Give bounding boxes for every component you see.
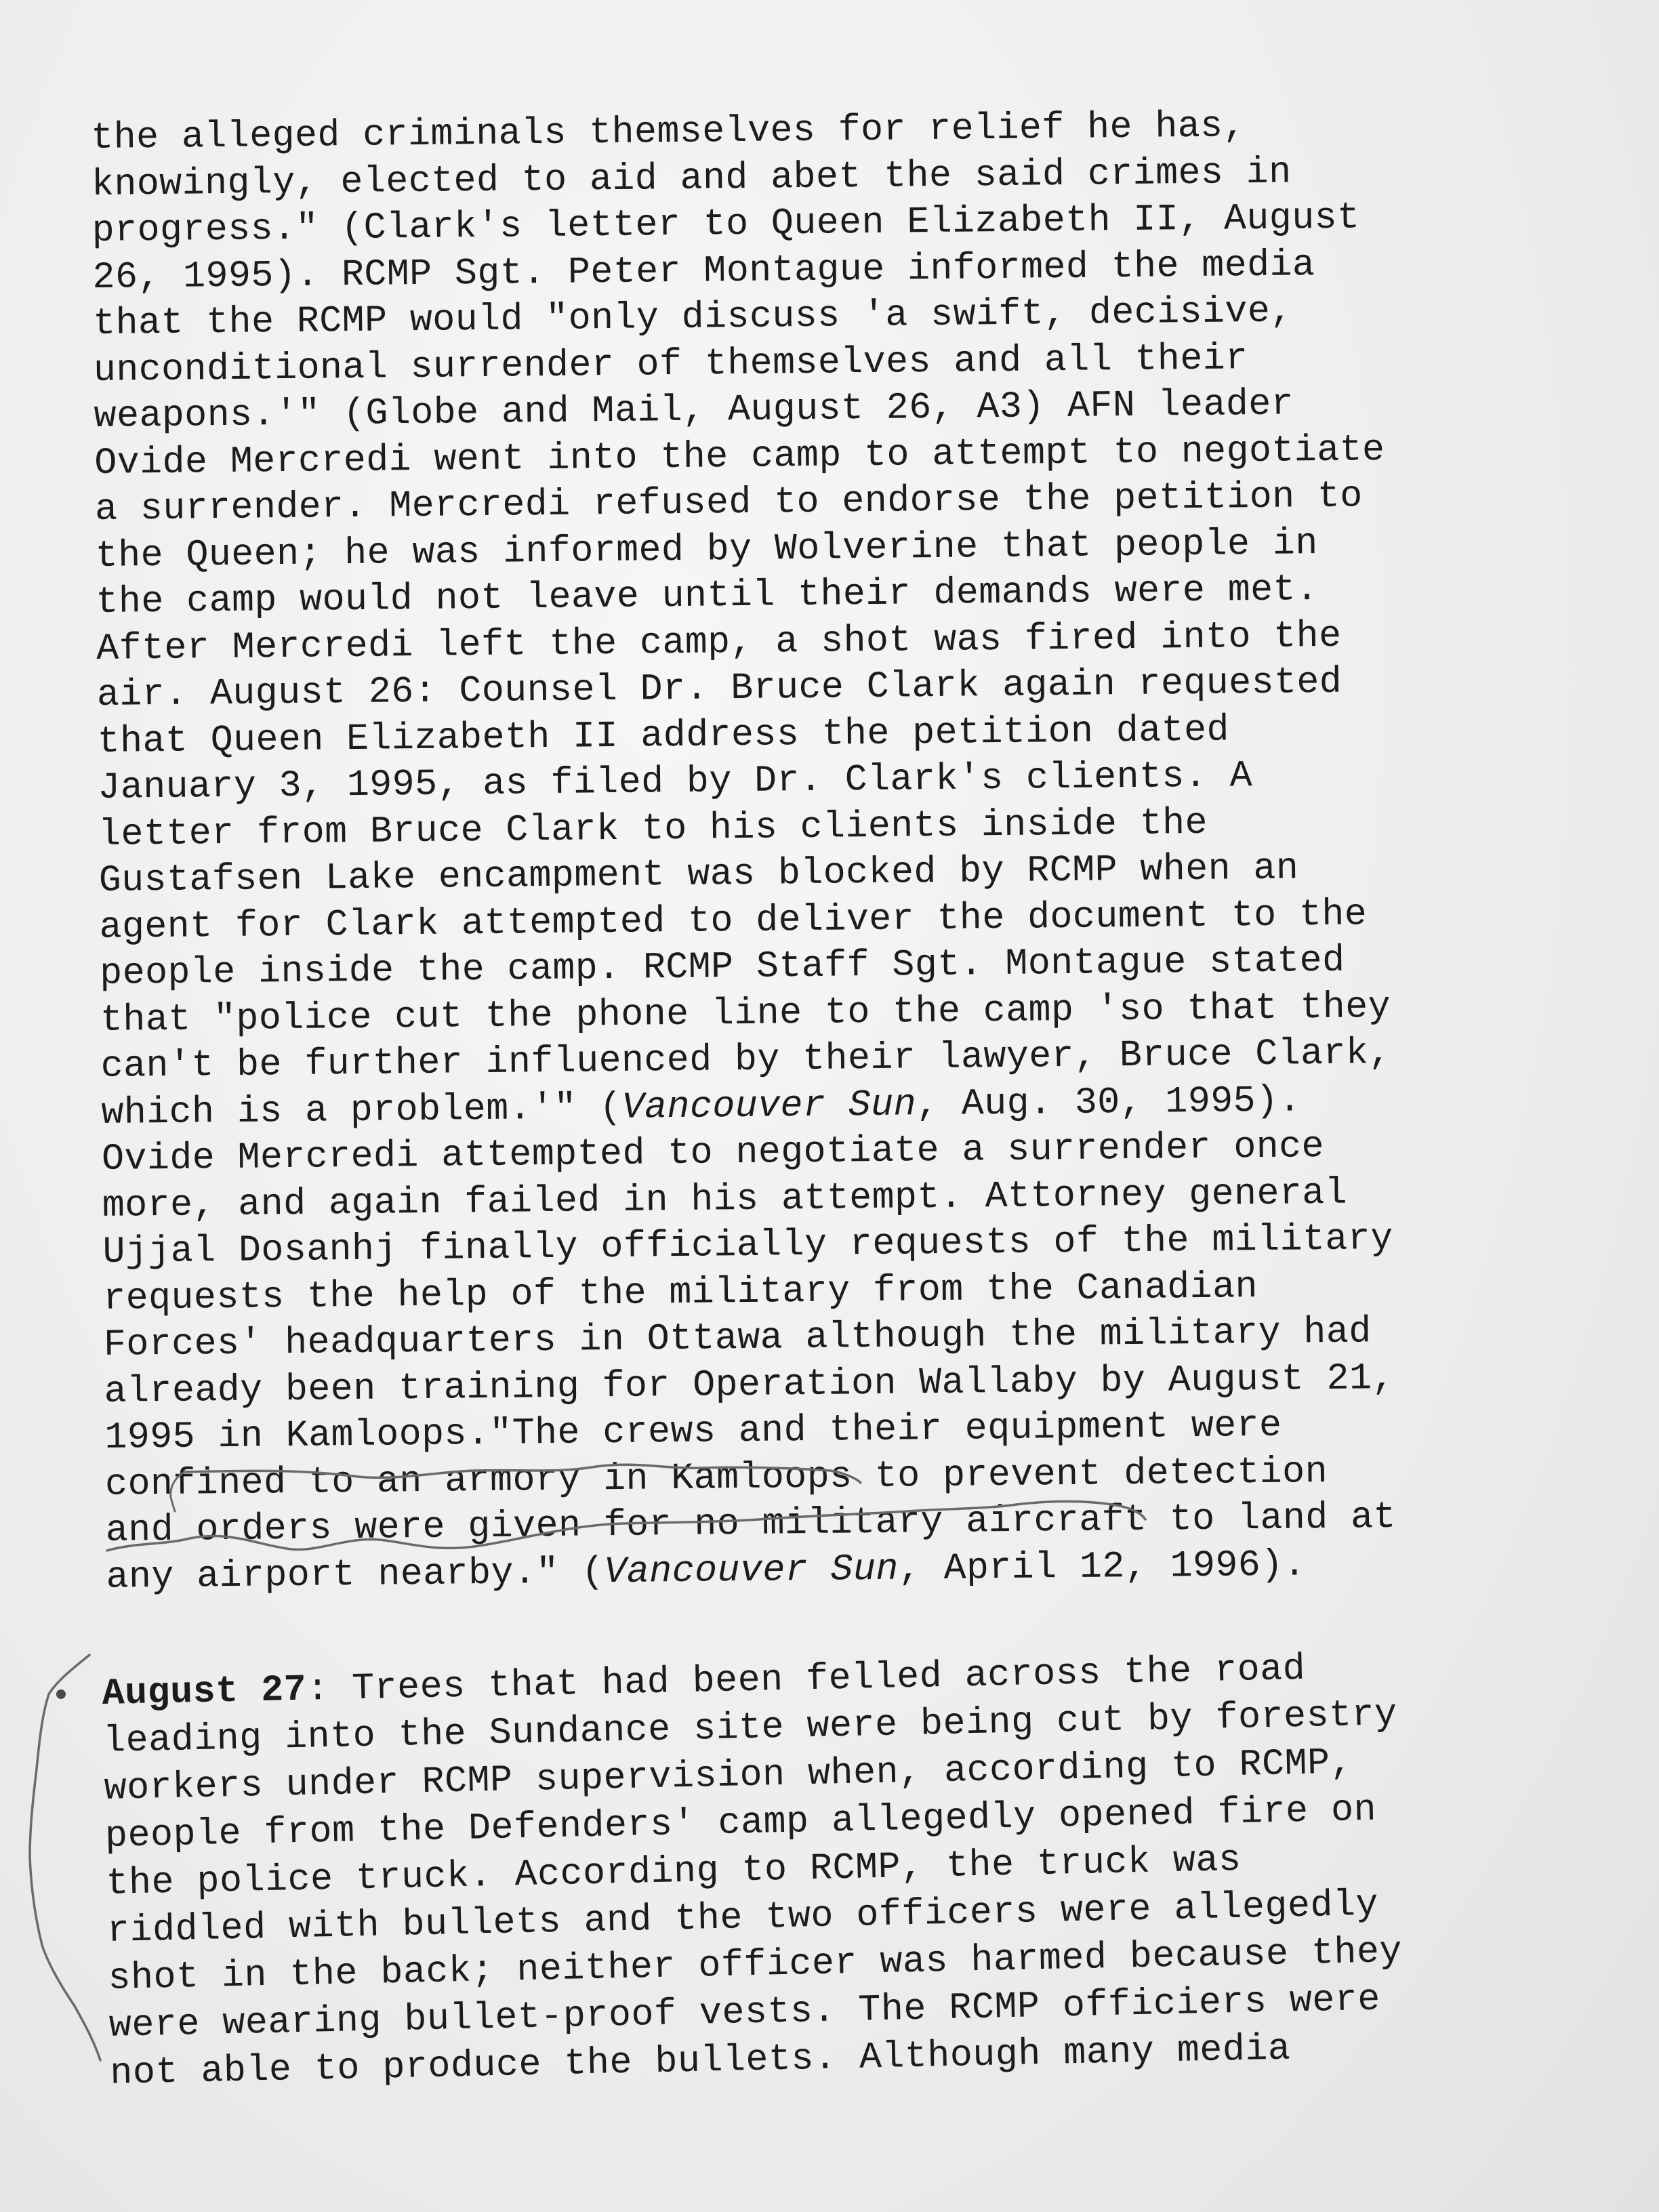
paragraph-august-27: August 27: Trees that had been felled ac…: [102, 1639, 1615, 2097]
text-segment: any airport nearby." (: [106, 1551, 605, 1599]
paragraph-1: the alleged criminals themselves for rel…: [91, 100, 1611, 1601]
italic-text: Vancouver Sun: [604, 1547, 899, 1593]
pencil-dot: [56, 1689, 66, 1699]
bold-text: August 27: [102, 1668, 307, 1715]
text-segment: , Aug. 30, 1995).: [916, 1079, 1302, 1126]
italic-text: Vancouver Sun: [621, 1083, 916, 1129]
text-segment: which is a problem.'" (: [101, 1086, 622, 1134]
pencil-margin-bracket: [30, 1655, 100, 2060]
document-page: the alleged criminals themselves for rel…: [0, 0, 1659, 2212]
text-segment: , April 12, 1996).: [898, 1543, 1306, 1590]
